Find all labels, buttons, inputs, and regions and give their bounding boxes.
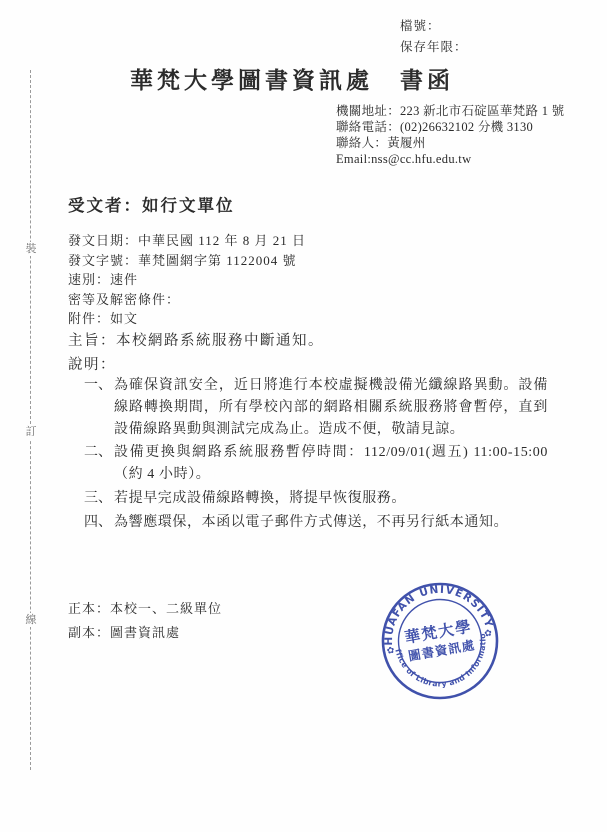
binding-mark-ding: 訂 (24, 425, 38, 439)
list-item: 二、 設備更換與網路系統服務暫停時間：112/09/01(週五) 11:00-1… (84, 442, 548, 486)
meta-date: 發文日期：中華民國 112 年 8 月 21 日 (68, 231, 306, 251)
item-text: 為響應環保，本函以電子郵件方式傳送，不再另行紙本通知。 (114, 512, 548, 534)
file-number-label: 檔號： (400, 16, 468, 37)
contact-block: 機關地址：223 新北市石碇區華梵路 1 號 聯絡電話：(02)26632102… (336, 103, 564, 167)
meta-doc-number: 發文字號：華梵圖網字第 1122004 號 (68, 251, 306, 271)
recipient-line: 受文者：如行文單位 (68, 192, 235, 216)
office-stamp-svg: HUAFAN UNIVERSITY Office of Library and … (369, 570, 510, 711)
item-text: 設備更換與網路系統服務暫停時間：112/09/01(週五) 11:00-15:0… (114, 442, 548, 486)
retention-label: 保存年限： (400, 37, 468, 58)
explanation-items: 一、 為確保資訊安全，近日將進行本校虛擬機設備光纖線路異動。設備線路轉換期間，所… (84, 375, 548, 536)
item-number: 二、 (84, 442, 114, 486)
flower-icon: ✿ (386, 646, 396, 657)
list-item: 一、 為確保資訊安全，近日將進行本校虛擬機設備光纖線路異動。設備線路轉換期間，所… (84, 375, 548, 440)
item-text: 若提早完成設備線路轉換，將提早恢復服務。 (114, 488, 548, 510)
item-number: 三、 (84, 488, 114, 510)
carbon-copy-line: 副本：圖書資訊處 (68, 621, 222, 645)
item-number: 一、 (84, 375, 114, 440)
meta-speed: 速別：速件 (68, 270, 306, 290)
contact-email: Email:nss@cc.hfu.edu.tw (336, 151, 564, 167)
binding-mark-xian: 線 (24, 613, 38, 627)
meta-block: 發文日期：中華民國 112 年 8 月 21 日 發文字號：華梵圖網字第 112… (68, 231, 306, 329)
explanation-label: 說明： (68, 353, 116, 374)
office-stamp: HUAFAN UNIVERSITY Office of Library and … (369, 570, 510, 711)
subject-line: 主旨：本校網路系統服務中斷通知。 (68, 329, 324, 350)
org-phone: 聯絡電話：(02)26632102 分機 3130 (336, 119, 564, 135)
flower-icon: ✿ (484, 628, 494, 639)
meta-classification: 密等及解密條件： (68, 290, 306, 310)
list-item: 三、 若提早完成設備線路轉換，將提早恢復服務。 (84, 488, 548, 510)
contact-person: 聯絡人：黃履州 (336, 135, 564, 151)
item-text: 為確保資訊安全，近日將進行本校虛擬機設備光纖線路異動。設備線路轉換期間，所有學校… (114, 375, 548, 440)
document-page: 裝 訂 線 檔號： 保存年限： 華梵大學圖書資訊處 書函 機關地址：223 新北… (0, 0, 607, 832)
original-copy-line: 正本：本校一、二級單位 (68, 597, 222, 621)
item-number: 四、 (84, 512, 114, 534)
copies-block: 正本：本校一、二級單位 副本：圖書資訊處 (68, 597, 222, 645)
org-address: 機關地址：223 新北市石碇區華梵路 1 號 (336, 103, 564, 119)
meta-attachment: 附件：如文 (68, 309, 306, 329)
binding-gutter: 裝 訂 線 (30, 70, 31, 770)
corner-labels: 檔號： 保存年限： (400, 16, 468, 58)
list-item: 四、 為響應環保，本函以電子郵件方式傳送，不再另行紙本通知。 (84, 512, 548, 534)
document-title: 華梵大學圖書資訊處 書函 (130, 62, 454, 95)
binding-mark-zhuang: 裝 (24, 242, 38, 256)
